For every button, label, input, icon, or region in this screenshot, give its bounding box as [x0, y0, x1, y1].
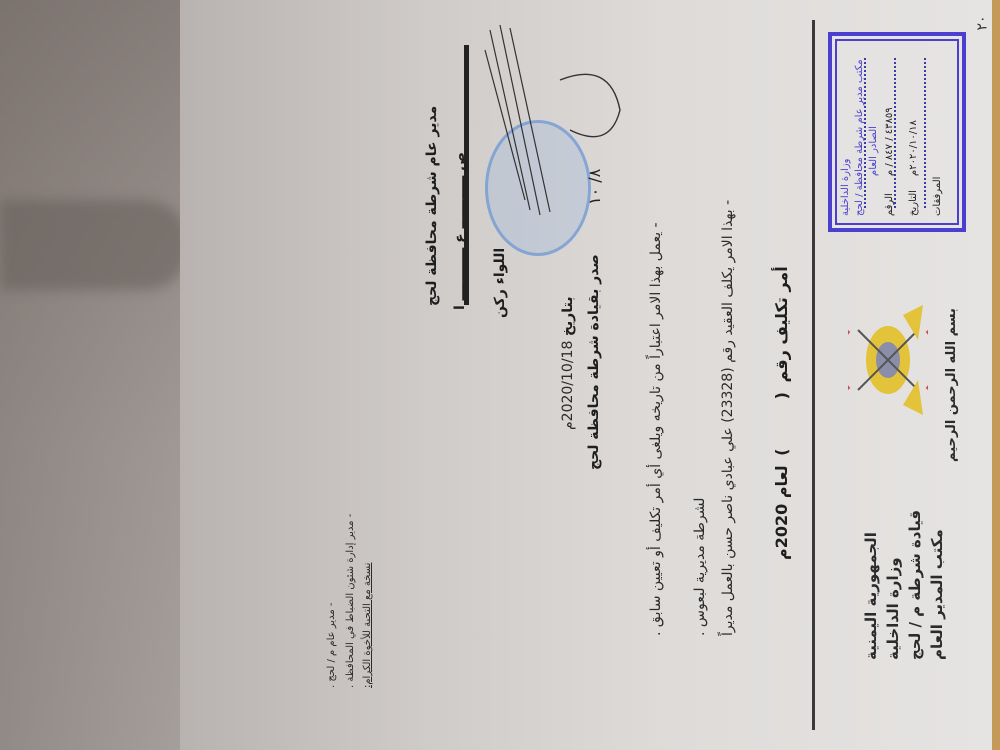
header-line-4: مكتب المدير العام — [928, 529, 946, 660]
issued-date-label: بتاريخ — [560, 297, 576, 337]
header-divider — [812, 20, 815, 730]
order-year: لعام 2020م — [772, 465, 791, 560]
national-emblem-icon — [848, 300, 928, 420]
signatory-title: مدير عام شرطة محافظة لحج — [424, 106, 440, 306]
header-line-1: الجمهورية اليمنية — [862, 532, 880, 660]
copies-heading: نسخة مع التحية للأخوة الكرام: — [362, 563, 373, 688]
issued-date-value: 2020/10/18م — [560, 341, 576, 430]
paper-edge — [992, 0, 1000, 750]
copies-item-1: - مدير إدارة شئون الضباط في المحافظة . — [345, 514, 356, 688]
order-title: أمر تكليف رقم ( ) لعام 2020م — [772, 266, 791, 560]
header-line-2: وزارة الداخلية — [884, 557, 902, 660]
body-line-1: - بهذا الامر يكلف العقيد رقم (23328) علي… — [720, 200, 736, 636]
stamp-date-value: ٢٠٢٠/١٠/١٨م — [908, 120, 919, 176]
signatory-name: ص ـــــــــــ ع ـــــــــــ ا — [452, 152, 468, 310]
body-line-3: - يعمل بهذا الامر اعتباراً من تاريخه ويل… — [648, 222, 664, 636]
stamp-number-label: الرقم — [884, 193, 895, 216]
issued-line: صدر بقيادة شرطة محافظة لحج — [586, 254, 602, 470]
handwritten-note: ٨/ ١٠ — [585, 169, 604, 205]
stamp-line-1: وزارة الداخلية — [840, 159, 851, 216]
copies-item-2: - مدير عام م / لحج . — [326, 603, 337, 689]
stamp-line-2: مكتب مدير عام شرطة محافظة / لحج — [854, 59, 865, 216]
order-label: أمر تكليف رقم — [772, 266, 791, 382]
corner-mark: ٢٠ — [975, 15, 991, 30]
signature-scribble — [470, 20, 630, 220]
signatory-rank: اللواء ركن — [492, 248, 508, 318]
body-line-2: لشرطة مديرية لبعوس . — [692, 498, 708, 636]
stamp-line-3: الصادر العام — [868, 126, 879, 176]
hand-shadow — [0, 200, 190, 290]
stamp-date-label: التاريخ — [908, 190, 919, 216]
registry-stamp: وزارة الداخلية مكتب مدير عام شرطة محافظة… — [828, 32, 966, 232]
order-paren-open: ( — [772, 392, 791, 399]
stamp-number-value: ٤٣٨٥٩ / ٨٤٧ / م — [884, 107, 895, 176]
issued-date: بتاريخ 2020/10/18م — [560, 297, 576, 430]
stamp-attachments-label: المرفقات — [932, 177, 943, 216]
order-paren-close: ) — [772, 449, 791, 456]
basmala: بسم الله الرحمن الرحيم — [944, 308, 959, 462]
header-line-3: قيادة شرطة م / لحج — [906, 510, 924, 660]
